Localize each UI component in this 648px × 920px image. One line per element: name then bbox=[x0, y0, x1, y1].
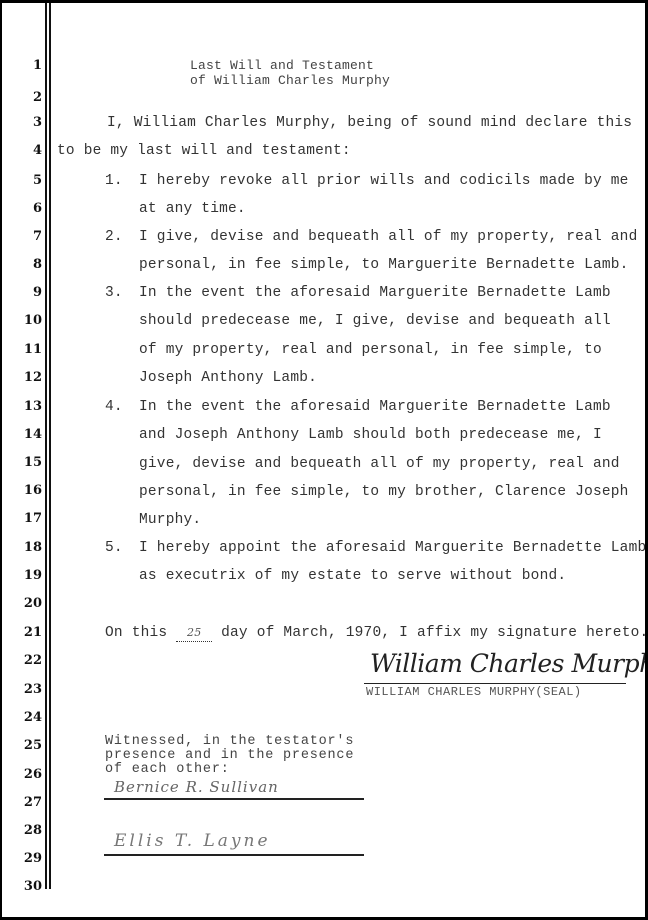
line-number: 2 bbox=[2, 90, 42, 106]
line-number: 7 bbox=[2, 229, 42, 245]
line-number: 19 bbox=[2, 568, 42, 584]
execution-line: On this 25 day of March, 1970, I affix m… bbox=[105, 625, 645, 642]
preamble-line-2: to be my last will and testament: bbox=[57, 143, 351, 159]
testator-signature-line bbox=[364, 683, 626, 684]
clause-line: give, devise and bequeath all of my prop… bbox=[139, 456, 620, 472]
line-number: 17 bbox=[2, 511, 42, 527]
line-number: 5 bbox=[2, 173, 42, 189]
clause-number: 3. bbox=[105, 285, 123, 301]
line-number: 3 bbox=[2, 115, 42, 131]
line-number: 27 bbox=[2, 795, 42, 811]
line-number: 14 bbox=[2, 427, 42, 443]
line-number: 16 bbox=[2, 483, 42, 499]
line-number: 22 bbox=[2, 653, 42, 669]
line-number: 13 bbox=[2, 399, 42, 415]
line-number: 28 bbox=[2, 823, 42, 839]
line-number: 21 bbox=[2, 625, 42, 641]
line-number: 30 bbox=[2, 879, 42, 895]
clause-number: 1. bbox=[105, 173, 123, 189]
line-number: 23 bbox=[2, 682, 42, 698]
line-number: 10 bbox=[2, 313, 42, 329]
title-line-2: of William Charles Murphy bbox=[190, 73, 390, 89]
clause-number: 5. bbox=[105, 540, 123, 556]
witness-signature-1: Bernice R. Sullivan bbox=[114, 778, 279, 796]
clause-line: In the event the aforesaid Marguerite Be… bbox=[139, 285, 611, 301]
clause-line: personal, in fee simple, to Marguerite B… bbox=[139, 257, 629, 273]
line-number: 20 bbox=[2, 596, 42, 612]
preamble-line-1: I, William Charles Murphy, being of soun… bbox=[107, 115, 632, 131]
witness-signature-line-2 bbox=[104, 854, 364, 856]
clause-line: I give, devise and bequeath all of my pr… bbox=[139, 229, 637, 245]
clause-line: Joseph Anthony Lamb. bbox=[139, 370, 317, 386]
will-document-page: 1234567891011121314151617181920212223242… bbox=[2, 3, 645, 917]
clause-line: In the event the aforesaid Marguerite Be… bbox=[139, 399, 611, 415]
testator-typed-name: WILLIAM CHARLES MURPHY(SEAL) bbox=[366, 685, 582, 699]
clause-line: of my property, real and personal, in fe… bbox=[139, 342, 602, 358]
line-number: 4 bbox=[2, 143, 42, 159]
witness-clause-line-3: of each other: bbox=[105, 762, 230, 778]
line-number: 12 bbox=[2, 370, 42, 386]
margin-rule-right bbox=[49, 3, 51, 889]
clause-line: and Joseph Anthony Lamb should both pred… bbox=[139, 427, 602, 443]
line-number: 6 bbox=[2, 201, 42, 217]
margin-rule-left bbox=[45, 3, 47, 889]
line-number: 29 bbox=[2, 851, 42, 867]
line-number: 8 bbox=[2, 257, 42, 273]
line-number: 1 bbox=[2, 58, 42, 74]
clause-number: 4. bbox=[105, 399, 123, 415]
line-number: 24 bbox=[2, 710, 42, 726]
line-number: 9 bbox=[2, 285, 42, 301]
line-number: 11 bbox=[2, 342, 42, 358]
clause-line: I hereby revoke all prior wills and codi… bbox=[139, 173, 629, 189]
clause-line: at any time. bbox=[139, 201, 246, 217]
line-number: 15 bbox=[2, 455, 42, 471]
clause-line: Murphy. bbox=[139, 512, 201, 528]
clause-line: I hereby appoint the aforesaid Marguerit… bbox=[139, 540, 645, 556]
clause-number: 2. bbox=[105, 229, 123, 245]
line-number: 18 bbox=[2, 540, 42, 556]
witness-signature-2: Ellis T. Layne bbox=[114, 831, 271, 851]
line-number: 25 bbox=[2, 738, 42, 754]
witness-signature-line-1 bbox=[104, 798, 364, 800]
line-number: 26 bbox=[2, 767, 42, 783]
clause-line: personal, in fee simple, to my brother, … bbox=[139, 484, 629, 500]
clause-line: should predecease me, I give, devise and… bbox=[139, 313, 611, 329]
day-fill-in: 25 bbox=[176, 625, 212, 642]
testator-signature: William Charles Murphy bbox=[370, 649, 645, 678]
clause-line: as executrix of my estate to serve witho… bbox=[139, 568, 566, 584]
title-line-1: Last Will and Testament bbox=[190, 58, 374, 74]
